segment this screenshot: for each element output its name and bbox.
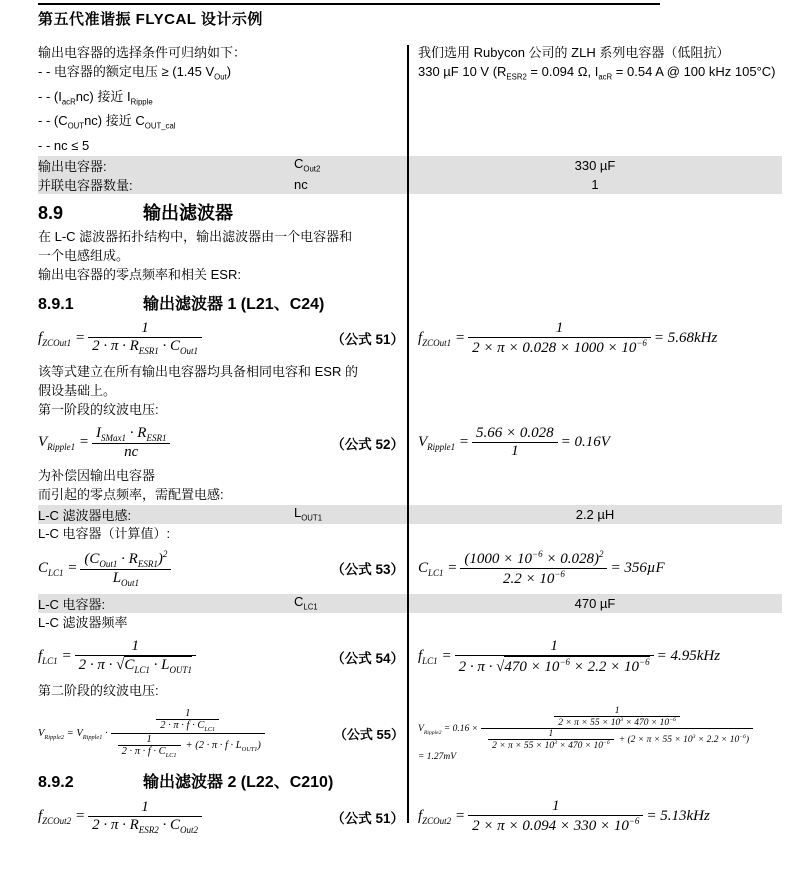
section-title: 输出滤波器 [143, 199, 233, 225]
formula-lhs: fZCOut1 = [418, 330, 465, 346]
bullet-nc: - - nc ≤ 5 [38, 137, 408, 155]
row-param: LOUT1 [294, 505, 408, 523]
assumption-text: 该等式建立在所有输出电容器均具备相同电容和 ESR 的 假设基础上。 第一阶段的… [38, 363, 404, 419]
paragraph: 一个电感组成。 [38, 247, 404, 265]
formula-54-right: fLC1 =12 · π · √470 × 10−6 × 2.2 × 10−6=… [408, 638, 782, 676]
formula-expression: VRipple2 = VRipple1 ·12 · π · f · CLC112… [38, 708, 268, 759]
lc-filter-intro: 在 L-C 滤波器拓扑结构中，输出滤波器由一个电容器和 一个电感组成。 输出电容… [38, 228, 404, 284]
formula-expression: CLC1 =(1000 × 10−6 × 0.028)22.2 × 10−6= … [418, 560, 665, 576]
section-number: 8.9.1 [38, 296, 143, 314]
compensate-text: 为补偿因输出电容器 而引起的零点频率，需配置电感: [38, 467, 404, 504]
lc-freq-text: L-C 滤波器频率 [38, 614, 404, 632]
table-row-lc-inductor: L-C 滤波器电感: LOUT1 2.2 µH [38, 505, 782, 524]
fraction-denominator: 2 · π · √CLC1 · LOUT1 [75, 656, 196, 675]
denominator-extra-term: + (2 · π · f · LOUT1) [186, 740, 261, 753]
page-title: 第五代准谐振 FLYCAL 设计示例 [38, 8, 782, 29]
formula-result: = 1.27mV [418, 752, 782, 762]
formula-lhs: CLC1 = [38, 560, 77, 576]
fraction-numerator: 1 [455, 638, 654, 656]
intro-line: 输出电容器的选择条件可归纳如下： [38, 44, 408, 62]
stage2-text: 第二阶段的纹波电压: [38, 682, 404, 700]
formula-lhs: VRipple1 = [418, 434, 469, 450]
lc-cap-calc-text: L-C 电容器（计算值）: [38, 525, 404, 543]
fraction-denominator: 2 × π × 0.028 × 1000 × 10−6 [468, 338, 651, 357]
bullet-rated-voltage: - - 电容器的额定电压 ≥ (1.45 VOut) [38, 63, 408, 87]
formula-result: = 0.16V [561, 434, 610, 450]
formula-row-55: VRipple2 = VRipple1 ·12 · π · f · CLC112… [38, 706, 782, 762]
table-row-parallel-count: 并联电容器数量: nc 1 [38, 175, 782, 194]
section-title: 输出滤波器 2 (L22、C210) [143, 769, 333, 792]
row-label: 输出电容器: [38, 156, 294, 175]
fraction-numerator: (1000 × 10−6 × 0.028)2 [460, 549, 607, 569]
fraction-numerator: 1 [88, 799, 202, 817]
formula-expression: fZCOut2 =12 × π × 0.094 × 330 × 10−6= 5.… [418, 808, 710, 824]
row-value: 1 [408, 177, 782, 192]
paragraph: L-C 滤波器频率 [38, 614, 404, 632]
row-param: nc [294, 177, 408, 192]
formula-54-left: fLC1 =12 · π · √CLC1 · LOUT1 （公式 54） [38, 638, 408, 675]
fraction-numerator: (COut1 · RESR1)2 [80, 549, 171, 570]
formula-expression: VRipple1 =ISMax1 · RESR1nc [38, 425, 173, 461]
bullet-iacr: - - (IacRnc) 接近 IRipple [38, 88, 408, 112]
paragraph: 输出电容器的零点频率和相关 ESR: [38, 266, 404, 284]
paragraph: 而引起的零点频率，需配置电感: [38, 486, 404, 504]
formula-53-left: CLC1 =(COut1 · RESR1)2LOut1 （公式 53） [38, 549, 408, 588]
formula-expression: VRipple1 =5.66 × 0.0281= 0.16V [418, 434, 610, 450]
formula-row-53: CLC1 =(COut1 · RESR1)2LOut1 （公式 53） CLC1… [38, 549, 782, 588]
equation-label: （公式 55） [334, 724, 404, 743]
formula-lhs: fZCOut2 = [38, 808, 85, 824]
column-divider [407, 45, 409, 823]
fraction-denominator: 2 × π × 0.094 × 330 × 10−6 [468, 816, 643, 835]
formula-53-right: CLC1 =(1000 × 10−6 × 0.028)22.2 × 10−6= … [408, 549, 782, 588]
formula-51-2-right: fZCOut2 =12 × π × 0.094 × 330 × 10−6= 5.… [408, 798, 782, 835]
capacitor-spec-note: 330 µF 10 V (RESR2 = 0.094 Ω, IacR = 0.5… [418, 63, 782, 87]
paragraph: 第二阶段的纹波电压: [38, 682, 404, 700]
fraction-denominator: LOut1 [80, 570, 171, 588]
formula-result: = 4.95kHz [657, 648, 720, 664]
fraction-denominator: 2 · π · √470 × 10−6 × 2.2 × 10−6 [455, 656, 654, 676]
formula-row-51-1: fZCOut1 =12 · π · RESR1 · COut1 （公式 51） … [38, 320, 782, 357]
document-page: 第五代准谐振 FLYCAL 设计示例 输出电容器的选择条件可归纳如下： - - … [0, 0, 795, 873]
formula-expression: VRipple2 = 0.16 ×12 × π × 55 × 103 × 470… [418, 724, 782, 762]
big-fraction-numerator: 12 · π · f · CLC1 [111, 708, 265, 734]
bullet-cout: - - (COUTnc) 接近 COUT_cal [38, 112, 408, 136]
fraction-denominator: 2 · π · RESR2 · COut2 [88, 817, 202, 835]
capacitor-selection-note: 我们选用 Rubycon 公司的 ZLH 系列电容器（低阻抗） [418, 44, 782, 62]
section-8-9-2-heading: 8.9.2 输出滤波器 2 (L22、C210) [38, 769, 782, 792]
row-label: L-C 电容器: [38, 594, 294, 613]
formula-expression: fLC1 =12 · π · √470 × 10−6 × 2.2 × 10−6=… [418, 648, 720, 664]
row-value: 330 µF [408, 158, 782, 173]
intro-right-column: 我们选用 Rubycon 公司的 ZLH 系列电容器（低阻抗） 330 µF 1… [408, 43, 782, 156]
row-label: 并联电容器数量: [38, 175, 294, 194]
paragraph: 第一阶段的纹波电压: [38, 401, 404, 419]
paragraph: 为补偿因输出电容器 [38, 467, 404, 485]
formula-51-1-right: fZCOut1 =12 × π × 0.028 × 1000 × 10−6= 5… [408, 320, 782, 357]
document-content: 第五代准谐振 FLYCAL 设计示例 输出电容器的选择条件可归纳如下： - - … [38, 0, 782, 841]
formula-expression: fLC1 =12 · π · √CLC1 · LOUT1 [38, 638, 199, 675]
paragraph: L-C 电容器（计算值）: [38, 525, 404, 543]
formula-lhs: VRipple2 = VRipple1 · [38, 728, 108, 739]
fraction-numerator: 1 [468, 798, 643, 816]
inner-fraction-denominator: 2 · π · f · CLC1 [118, 746, 181, 759]
fraction-denominator: 1 [472, 443, 558, 460]
formula-expression: fZCOut2 =12 · π · RESR2 · COut2 [38, 799, 205, 835]
row-value: 470 µF [408, 596, 782, 611]
inner-fraction-numerator: 1 [554, 706, 680, 717]
row-param: CLC1 [294, 594, 408, 612]
inner-fraction-numerator: 1 [488, 729, 614, 740]
formula-row-54: fLC1 =12 · π · √CLC1 · LOUT1 （公式 54） fLC… [38, 638, 782, 676]
fraction-numerator: 1 [468, 320, 651, 338]
formula-lhs: VRipple2 = 0.16 × [418, 724, 478, 734]
paragraph: 该等式建立在所有输出电容器均具备相同电容和 ESR 的 [38, 363, 404, 381]
inner-fraction-denominator: 2 × π × 55 × 103 × 470 × 10−6 [554, 717, 680, 728]
fraction-numerator: ISMax1 · RESR1 [92, 425, 170, 444]
fraction-denominator: 2 · π · RESR1 · COut1 [88, 338, 202, 356]
document-body: 输出电容器的选择条件可归纳如下： - - 电容器的额定电压 ≥ (1.45 VO… [38, 43, 782, 835]
inner-fraction-numerator: 1 [118, 734, 181, 746]
intro-section: 输出电容器的选择条件可归纳如下： - - 电容器的额定电压 ≥ (1.45 VO… [38, 43, 782, 156]
header-rule [38, 3, 660, 5]
denominator-extra-term: + (2 × π × 55 × 103 × 2.2 × 10−6) [619, 734, 749, 745]
formula-expression: fZCOut1 =12 × π × 0.028 × 1000 × 10−6= 5… [418, 330, 717, 346]
fraction-denominator: 2.2 × 10−6 [460, 569, 607, 588]
fraction-numerator: 5.66 × 0.028 [472, 425, 558, 443]
formula-lhs: fZCOut1 = [38, 330, 85, 346]
formula-51-2-left: fZCOut2 =12 · π · RESR2 · COut2 （公式 51） [38, 799, 408, 835]
section-8-9-1-heading: 8.9.1 输出滤波器 1 (L21、C24) [38, 291, 782, 314]
section-number: 8.9 [38, 203, 143, 224]
inner-fraction-numerator: 1 [156, 708, 219, 720]
big-fraction-denominator: 12 · π · f · CLC1+ (2 · π · f · LOUT1) [111, 734, 265, 759]
formula-52-right: VRipple1 =5.66 × 0.0281= 0.16V [408, 425, 782, 460]
table-row-output-capacitor: 输出电容器: COut2 330 µF [38, 156, 782, 175]
fraction-numerator: 1 [75, 638, 196, 656]
big-fraction-numerator: 12 × π × 55 × 103 × 470 × 10−6 [481, 706, 753, 729]
formula-row-52: VRipple1 =ISMax1 · RESR1nc （公式 52） VRipp… [38, 425, 782, 461]
formula-lhs: VRipple1 = [38, 434, 89, 450]
equation-label: （公式 52） [331, 433, 404, 453]
big-fraction-denominator: 12 × π × 55 × 103 × 470 × 10−6+ (2 × π ×… [481, 729, 753, 751]
row-value: 2.2 µH [408, 507, 782, 522]
formula-row-51-2: fZCOut2 =12 · π · RESR2 · COut2 （公式 51） … [38, 798, 782, 835]
fraction-denominator: nc [92, 444, 170, 461]
fraction-numerator: 1 [88, 320, 202, 338]
equation-label: （公式 54） [331, 647, 404, 667]
section-title: 输出滤波器 1 (L21、C24) [143, 291, 324, 314]
formula-55-right: VRipple2 = 0.16 ×12 × π × 55 × 103 × 470… [408, 706, 782, 762]
formula-result: = 5.13kHz [646, 808, 709, 824]
row-param: COut2 [294, 156, 408, 174]
section-number: 8.9.2 [38, 774, 143, 792]
formula-result: = 356µF [610, 560, 664, 576]
formula-lhs: fLC1 = [38, 648, 72, 664]
paragraph: 在 L-C 滤波器拓扑结构中，输出滤波器由一个电容器和 [38, 228, 404, 246]
equation-label: （公式 53） [331, 558, 404, 578]
formula-52-left: VRipple1 =ISMax1 · RESR1nc （公式 52） [38, 425, 408, 461]
table-row-lc-capacitor: L-C 电容器: CLC1 470 µF [38, 594, 782, 613]
inner-fraction-denominator: 2 · π · f · CLC1 [156, 720, 219, 733]
formula-55-left: VRipple2 = VRipple1 ·12 · π · f · CLC112… [38, 708, 408, 759]
equation-label: （公式 51） [331, 807, 404, 827]
formula-result: = 5.68kHz [654, 330, 717, 346]
formula-lhs: CLC1 = [418, 560, 457, 576]
formula-expression: fZCOut1 =12 · π · RESR1 · COut1 [38, 320, 205, 356]
intro-left-column: 输出电容器的选择条件可归纳如下： - - 电容器的额定电压 ≥ (1.45 VO… [38, 43, 408, 156]
formula-expression: CLC1 =(COut1 · RESR1)2LOut1 [38, 549, 174, 588]
inner-fraction-denominator: 2 × π × 55 × 103 × 470 × 10−6 [488, 740, 614, 751]
formula-51-1-left: fZCOut1 =12 · π · RESR1 · COut1 （公式 51） [38, 320, 408, 356]
section-8-9-heading: 8.9 输出滤波器 [38, 199, 782, 225]
equation-label: （公式 51） [331, 328, 404, 348]
formula-lhs: fLC1 = [418, 648, 452, 664]
row-label: L-C 滤波器电感: [38, 505, 294, 524]
paragraph: 假设基础上。 [38, 382, 404, 400]
formula-lhs: fZCOut2 = [418, 808, 465, 824]
